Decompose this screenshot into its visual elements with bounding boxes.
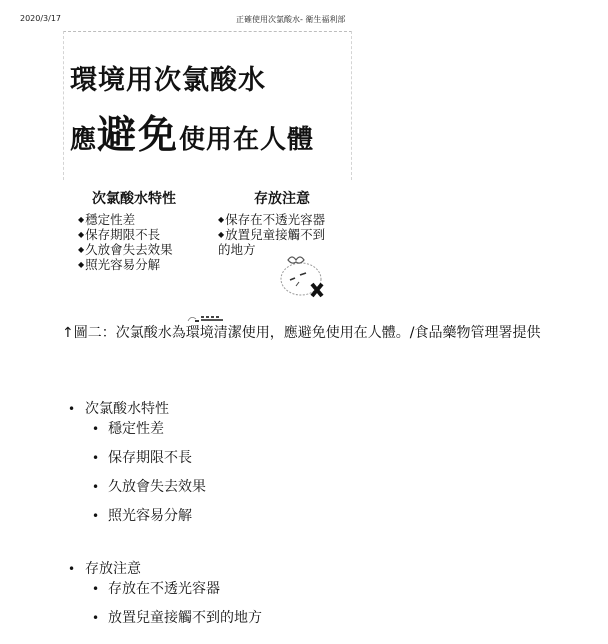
- diamond-bullet-icon: ◆: [78, 227, 84, 242]
- bullet-icon: •: [92, 579, 99, 599]
- list-item: • 穩定性差: [68, 419, 206, 439]
- list-item: • 久放會失去效果: [68, 477, 206, 497]
- list-item: • 照光容易分解: [68, 506, 206, 526]
- diamond-bullet-icon: ◆: [78, 242, 84, 257]
- bullet-icon: •: [68, 559, 75, 579]
- bullet-icon: •: [92, 419, 99, 439]
- figure-properties-item: ◆穩定性差: [78, 212, 176, 227]
- figure-properties-item: ◆久放會失去效果: [78, 242, 176, 257]
- headline-part-3: 使用在人體: [179, 125, 314, 155]
- list-heading-text: 次氯酸水特性: [85, 401, 169, 417]
- list-item: • 放置兒童接觸不到的地方: [68, 608, 262, 628]
- bullet-icon: •: [92, 608, 99, 628]
- figure-headline-line1: 環境用次氯酸水: [70, 58, 266, 97]
- diamond-bullet-icon: ◆: [218, 212, 224, 227]
- headline-part-1: 應: [70, 125, 97, 155]
- list-item: • 保存期限不長: [68, 448, 206, 468]
- figure-properties-column: 次氯酸水特性 ◆穩定性差 ◆保存期限不長 ◆久放會失去效果 ◆照光容易分解: [78, 188, 176, 272]
- properties-list-section: • 次氯酸水特性 • 穩定性差 • 保存期限不長 • 久放會失去效果 • 照光容…: [68, 399, 206, 526]
- figure-storage-title: 存放注意: [218, 188, 325, 208]
- print-date: 2020/3/17: [20, 14, 61, 23]
- figure-image-top: 環境用次氯酸水 應避免使用在人體: [63, 31, 352, 180]
- figure-properties-item: ◆保存期限不長: [78, 227, 176, 242]
- figure-image-bottom: 次氯酸水特性 ◆穩定性差 ◆保存期限不長 ◆久放會失去效果 ◆照光容易分解 存放…: [78, 188, 358, 320]
- list-item-heading: • 存放注意: [68, 559, 262, 579]
- figure-caption: ↑圖二：次氯酸水為環境清潔使用，應避免使用在人體。/食品藥物管理署提供: [62, 321, 542, 346]
- figure-storage-item: ◆保存在不透光容器: [218, 212, 325, 227]
- bullet-icon: •: [92, 448, 99, 468]
- print-header: 2020/3/17 正確使用次氯酸水- 衛生福利部: [0, 12, 608, 26]
- diamond-bullet-icon: ◆: [78, 257, 84, 272]
- list-item-heading: • 次氯酸水特性: [68, 399, 206, 419]
- bullet-icon: •: [68, 399, 75, 419]
- list-item: • 存放在不透光容器: [68, 579, 262, 599]
- bullet-icon: •: [92, 506, 99, 526]
- fda-logo-icon: [187, 308, 225, 316]
- print-page-title: 正確使用次氯酸水- 衛生福利部: [236, 14, 345, 25]
- bullet-icon: •: [92, 477, 99, 497]
- diamond-bullet-icon: ◆: [78, 212, 84, 227]
- figure-headline-line2: 應避免使用在人體: [70, 104, 314, 160]
- figure-storage-column: 存放注意 ◆保存在不透光容器 ◆放置兒童接觸不到 的地方: [218, 188, 325, 257]
- figure-properties-item: ◆照光容易分解: [78, 257, 176, 272]
- list-heading-text: 存放注意: [85, 561, 141, 577]
- storage-list-section: • 存放注意 • 存放在不透光容器 • 放置兒童接觸不到的地方: [68, 559, 262, 628]
- headline-part-2-emphasis: 避免: [97, 113, 179, 158]
- figure-properties-title: 次氯酸水特性: [78, 188, 176, 208]
- figure-storage-item: ◆放置兒童接觸不到: [218, 227, 325, 242]
- cartoon-baby-icon: [274, 250, 332, 300]
- diamond-bullet-icon: ◆: [218, 227, 224, 242]
